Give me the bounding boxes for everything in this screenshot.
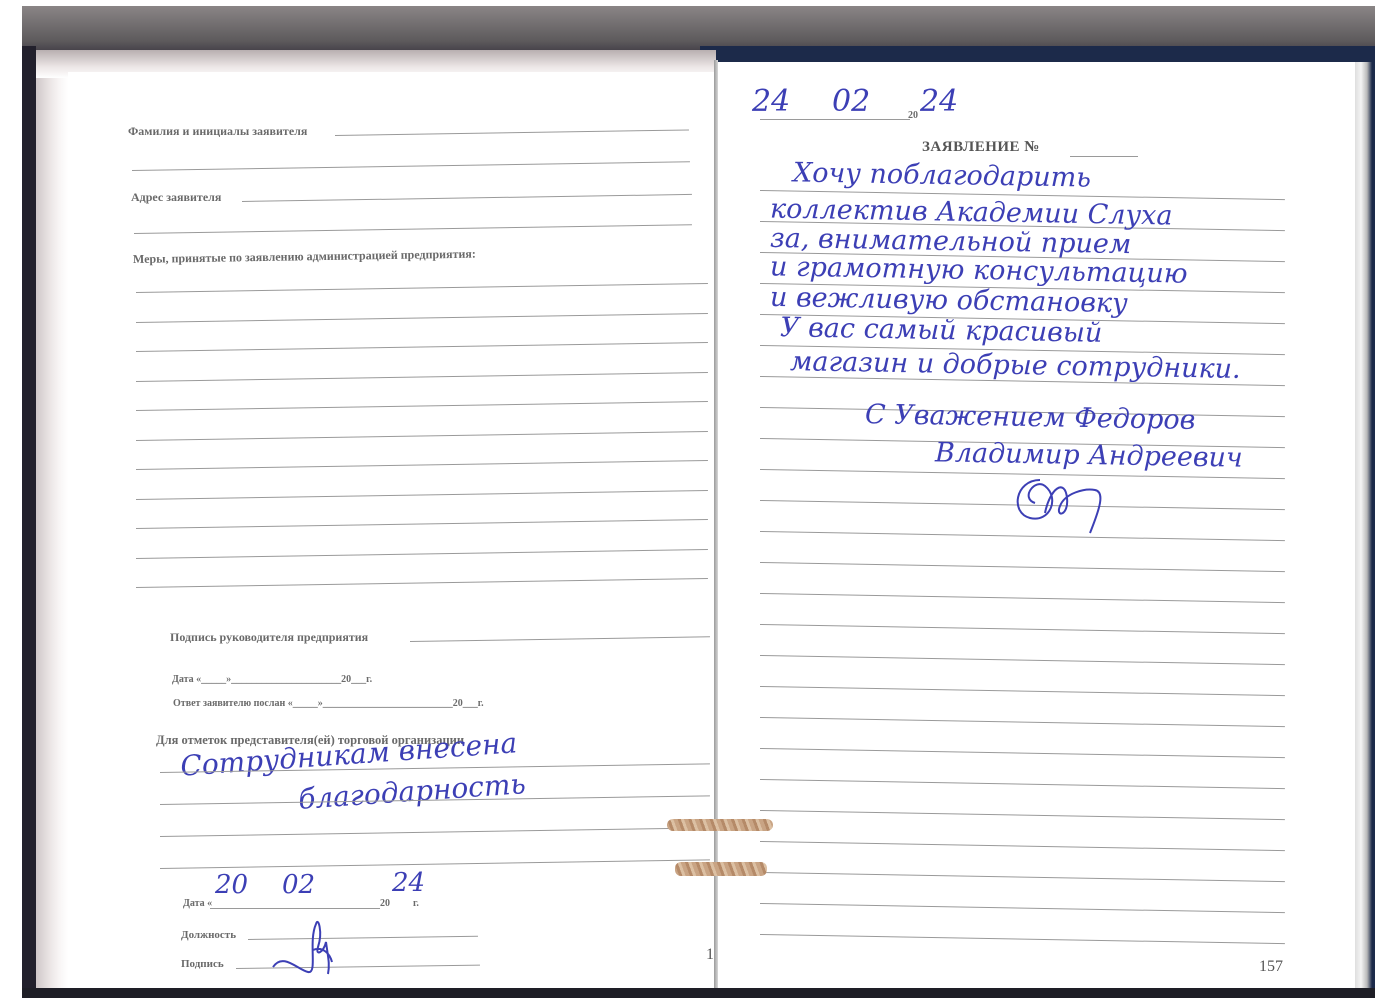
right-page-number: 157 <box>1259 958 1283 976</box>
bottom-date-year: 24 <box>392 868 425 898</box>
bottom-date-suffix: г. <box>413 898 419 909</box>
closing-line-1: С Уважением Федоров <box>865 399 1196 436</box>
right-date-year-prefix: 20 <box>908 110 918 121</box>
left-page <box>68 72 714 986</box>
binding-twine-top <box>667 819 773 831</box>
position-label: Должность <box>181 929 236 941</box>
page-stack-left <box>36 50 68 990</box>
book-cover-bottom <box>22 988 1375 998</box>
bottom-date-year-prefix: 20 <box>380 898 390 909</box>
manager-signature-label: Подпись руководителя предприятия <box>170 630 368 645</box>
right-date-year: 24 <box>920 84 958 119</box>
statement-number-line <box>1070 156 1138 157</box>
bottom-date-day: 20 <box>215 870 248 900</box>
bottom-date-month: 02 <box>282 870 315 900</box>
right-date-month: 02 <box>832 84 870 119</box>
statement-line-1: Хочу поблагодарить <box>793 157 1092 193</box>
page-stack-right <box>1355 62 1375 988</box>
book-cover-left <box>22 46 36 996</box>
bottom-date-prefix: Дата « <box>183 898 212 909</box>
bottom-date-line <box>210 908 380 909</box>
statement-title: ЗАЯВЛЕНИЕ № <box>922 139 1040 156</box>
signature-label: Подпись <box>181 958 224 970</box>
reply-sent-label: Ответ заявителю послан «_____»__________… <box>173 698 484 709</box>
applicant-name-label: Фамилия и инициалы заявителя <box>128 124 307 139</box>
statement-line-6: У вас самый красивый <box>780 312 1103 349</box>
right-date-line <box>760 119 910 120</box>
binding-twine-bottom <box>675 862 767 876</box>
applicant-signature <box>1005 468 1125 546</box>
right-date-day: 24 <box>752 84 790 119</box>
manager-signature <box>268 912 348 984</box>
date-label: Дата «_____»______________________20___г… <box>172 674 372 685</box>
applicant-address-label: Адрес заявителя <box>131 190 221 205</box>
